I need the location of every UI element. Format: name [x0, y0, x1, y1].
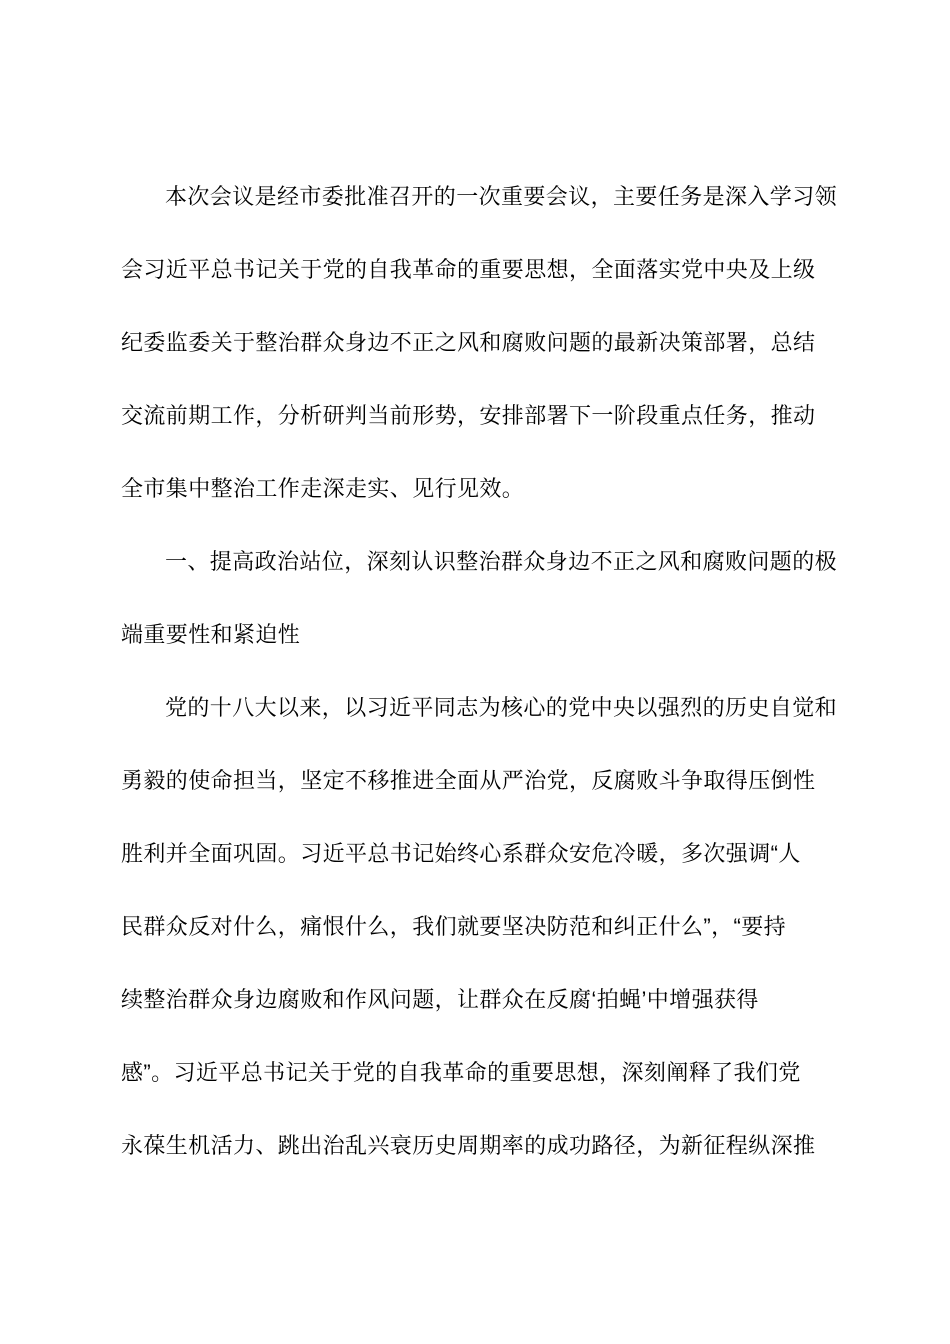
text-line: 交流前期工作，分析研判当前形势，安排部署下一阶段重点任务，推动 [121, 379, 831, 452]
text-line: 纪委监委关于整治群众身边不正之风和腐败问题的最新决策部署，总结 [121, 306, 831, 379]
text-line: 会习近平总书记关于党的自我革命的重要思想，全面落实党中央及上级 [121, 233, 831, 306]
paragraph-meeting-purpose: 本次会议是经市委批准召开的一次重要会议，主要任务是深入学习领 会习近平总书记关于… [121, 160, 831, 525]
text-line: 感”。习近平总书记关于党的自我革命的重要思想，深刻阐释了我们党 [121, 1036, 831, 1109]
paragraph-section-one-body: 党的十八大以来，以习近平同志为核心的党中央以强烈的历史自觉和 勇毅的使命担当，坚… [121, 671, 831, 1182]
text-line: 续整治群众身边腐败和作风问题，让群众在反腐‘拍蝇’中增强获得 [121, 963, 831, 1036]
heading-line: 一、提高政治站位，深刻认识整治群众身边不正之风和腐败问题的极 [121, 525, 831, 598]
section-heading-one: 一、提高政治站位，深刻认识整治群众身边不正之风和腐败问题的极 端重要性和紧迫性 [121, 525, 831, 671]
text-line: 勇毅的使命担当，坚定不移推进全面从严治党，反腐败斗争取得压倒性 [121, 744, 831, 817]
document-page: 本次会议是经市委批准召开的一次重要会议，主要任务是深入学习领 会习近平总书记关于… [0, 0, 950, 1344]
document-text-area: 本次会议是经市委批准召开的一次重要会议，主要任务是深入学习领 会习近平总书记关于… [121, 160, 831, 1182]
text-line: 本次会议是经市委批准召开的一次重要会议，主要任务是深入学习领 [121, 160, 831, 233]
text-line: 永葆生机活力、跳出治乱兴衰历史周期率的成功路径，为新征程纵深推 [121, 1109, 831, 1182]
text-line: 党的十八大以来，以习近平同志为核心的党中央以强烈的历史自觉和 [121, 671, 831, 744]
text-line: 民群众反对什么，痛恨什么，我们就要坚决防范和纠正什么”，“要持 [121, 890, 831, 963]
heading-line: 端重要性和紧迫性 [121, 598, 831, 671]
text-line: 全市集中整治工作走深走实、见行见效。 [121, 452, 831, 525]
text-line: 胜利并全面巩固。习近平总书记始终心系群众安危冷暖，多次强调“人 [121, 817, 831, 890]
